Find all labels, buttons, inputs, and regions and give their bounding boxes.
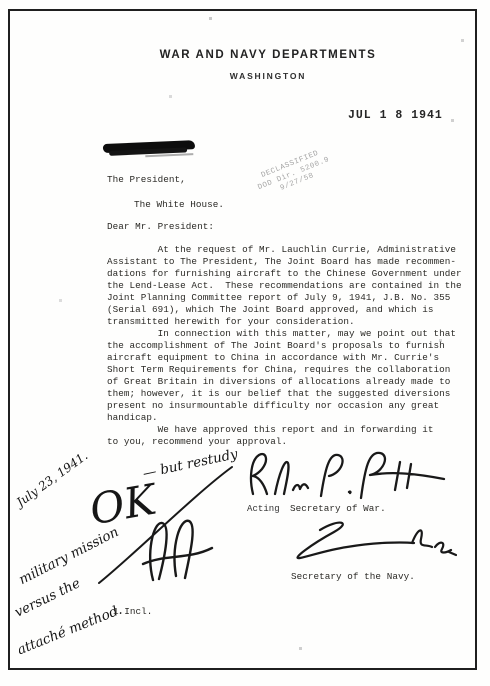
declassified-stamp: DECLASSIFIED DOD Dir. 5200.9 9/27/58 — [237, 140, 352, 208]
scan-noise — [0, 0, 1, 1]
body-paragraph-3: We have approved this report and in forw… — [107, 424, 467, 448]
salutation: Dear Mr. President: — [107, 221, 214, 233]
enclosure-note: 1 Incl. — [113, 606, 152, 618]
secretary-of-navy-signature — [272, 514, 457, 569]
redaction-bar — [103, 140, 199, 157]
letterhead-subtitle: WASHINGTON — [118, 71, 418, 81]
body-paragraph-1: At the request of Mr. Lauchlin Currie, A… — [107, 244, 467, 328]
body-paragraph-2: In connection with this matter, may we p… — [107, 328, 467, 424]
handwritten-date-note: July 23, 1941. — [14, 449, 90, 510]
letterhead-title: WAR AND NAVY DEPARTMENTS — [118, 49, 418, 61]
fdr-initials-signature — [140, 512, 215, 584]
letter-page: WAR AND NAVY DEPARTMENTS WASHINGTON JUL … — [0, 0, 490, 686]
address-recipient: The President, — [107, 174, 186, 186]
address-location: The White House. — [134, 199, 224, 211]
date-received-stamp: JUL 1 8 1941 — [348, 109, 443, 122]
secretary-of-navy-title: Secretary of the Navy. — [291, 571, 415, 583]
secretary-of-war-signature — [243, 448, 448, 506]
